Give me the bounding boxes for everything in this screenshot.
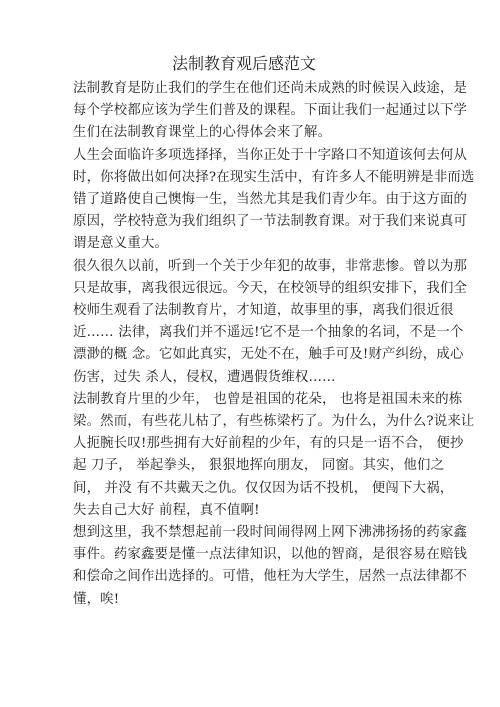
text-line: 每个学校都应该为学生们普及的课程。下面让我们一起通过以下学 [73, 100, 415, 122]
text-line: 时，你将做出如何决择?在现实生活中，有许多人不能明辨是非而选 [73, 167, 415, 189]
text-line: 很久很久以前，听到一个关于少年犯的故事，非常悲惨。曾以为那 [73, 256, 415, 278]
text-line: 梁。然而，有些花儿枯了，有些栋梁朽了。为什么，为什么?说来让 [73, 411, 415, 433]
text-line: 近…… 法律，离我们并不遥远!它不是一个抽象的名词，不是一个 [73, 322, 415, 344]
document-body: 法制教育是防止我们的学生在他们还尚未成熟的时候误入歧途，是 每个学校都应该为学生… [73, 78, 415, 611]
text-line: 间， 并没 有不共戴天之仇。仅仅因为话不投机， 便闯下大祸， [73, 478, 415, 500]
text-line: 错了道路使自己懊悔一生，当然尤其是我们青少年。由于这方面的 [73, 189, 415, 211]
document-title: 法制教育观后感范文 [73, 52, 415, 76]
text-line: 只是故事，离我很远很远。今天，在校领导的组织安排下，我们全 [73, 278, 415, 300]
text-line: 失去自己大好 前程，真不值啊! [73, 500, 415, 522]
text-line: 人扼腕长叹!那些拥有大好前程的少年，有的只是一语不合， 便抄 [73, 433, 415, 455]
text-line: 校师生观看了法制教育片，才知道，故事里的事，离我们很近很 [73, 300, 415, 322]
text-line: 和偿命之间作出选择的。可惜，他枉为大学生，居然一点法律都不 [73, 566, 415, 588]
text-line: 懂，唉! [73, 589, 415, 611]
text-line: 原因，学校特意为我们组织了一节法制教育课。对于我们来说真可 [73, 211, 415, 233]
text-line: 法制教育是防止我们的学生在他们还尚未成熟的时候误入歧途，是 [73, 78, 415, 100]
text-line: 谓是意义重大。 [73, 233, 415, 255]
text-line: 起 刀子， 举起拳头， 狠狠地挥向朋友， 同窗。其实，他们之 [73, 455, 415, 477]
text-line: 漂渺的概 念。它如此真实，无处不在，触手可及!财产纠纷，成心 [73, 344, 415, 366]
document-page: 法制教育观后感范文 法制教育是防止我们的学生在他们还尚未成熟的时候误入歧途，是 … [73, 52, 415, 611]
text-line: 法制教育片里的少年， 也曾是祖国的花朵， 也将是祖国未来的栋 [73, 389, 415, 411]
text-line: 人生会面临许多项选择择，当你正处于十字路口不知道该何去何从 [73, 145, 415, 167]
text-line: 想到这里，我不禁想起前一段时间闹得网上网下沸沸扬扬的药家鑫 [73, 522, 415, 544]
text-line: 伤害，过失 杀人，侵权，遭遇假货维权…… [73, 367, 415, 389]
text-line: 事件。药家鑫要是懂一点法律知识，以他的智商，是很容易在赔钱 [73, 544, 415, 566]
text-line: 生们在法制教育课堂上的心得体会来了解。 [73, 122, 415, 144]
